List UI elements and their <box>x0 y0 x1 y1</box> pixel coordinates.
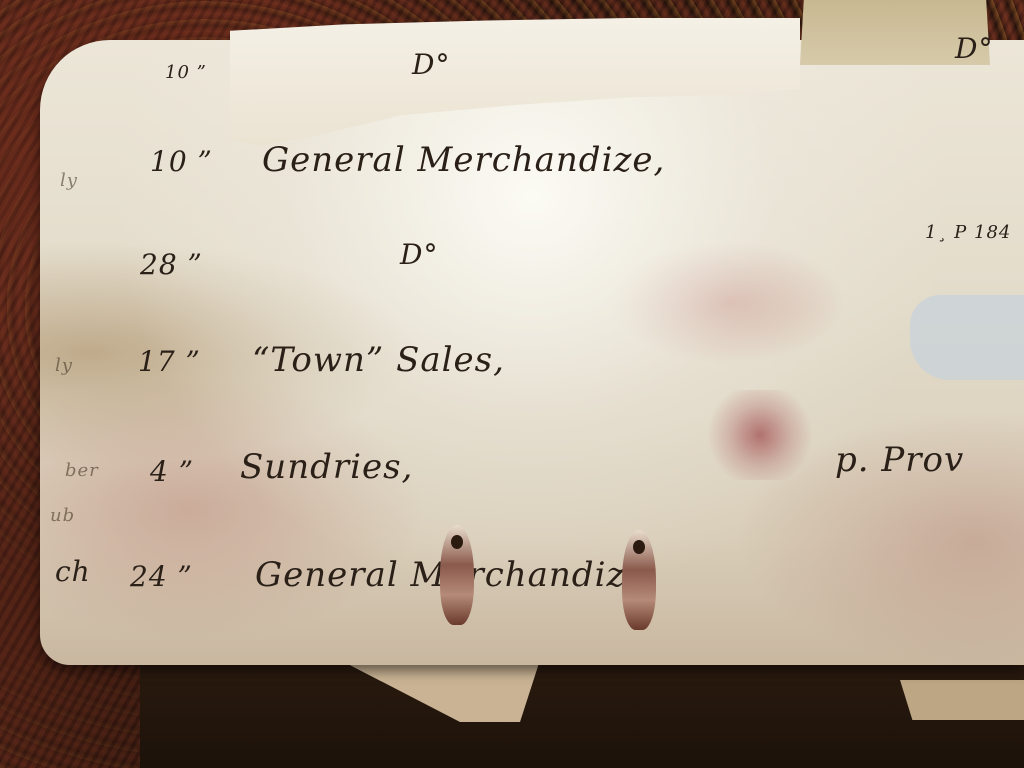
binding-hole <box>440 525 474 625</box>
entry-note: p. Prov <box>835 440 964 480</box>
entry-description: General Merchandize, <box>262 140 665 180</box>
entry-day: 24 ” <box>130 560 193 593</box>
binding-hole <box>622 530 656 630</box>
red-stain <box>700 390 820 480</box>
entry-description: D° <box>412 48 450 81</box>
margin-fragment: ub <box>50 505 75 526</box>
entry-description: Sundries, <box>240 447 413 487</box>
entry-description: “Town” Sales, <box>252 340 505 380</box>
margin-fragment: ly <box>60 170 78 191</box>
margin-note: 1¸ P 184 <box>925 222 1011 243</box>
entry-day: 10 ” <box>150 145 213 178</box>
entry-day: 28 ” <box>140 248 203 281</box>
entry-description: D° <box>400 238 438 271</box>
shadow-area <box>140 660 1024 768</box>
margin-fragment: ly <box>55 355 73 376</box>
underlying-page-fragment-right <box>900 680 1024 720</box>
entry-day: 10 ” <box>165 62 207 83</box>
margin-fragment: ch <box>55 555 91 588</box>
margin-fragment: ber <box>65 460 99 481</box>
entry-day: 4 ” <box>150 455 194 488</box>
top-right-ditto: D° <box>955 32 993 65</box>
paper-repair-patch <box>910 295 1024 380</box>
entry-day: 17 ” <box>138 345 201 378</box>
